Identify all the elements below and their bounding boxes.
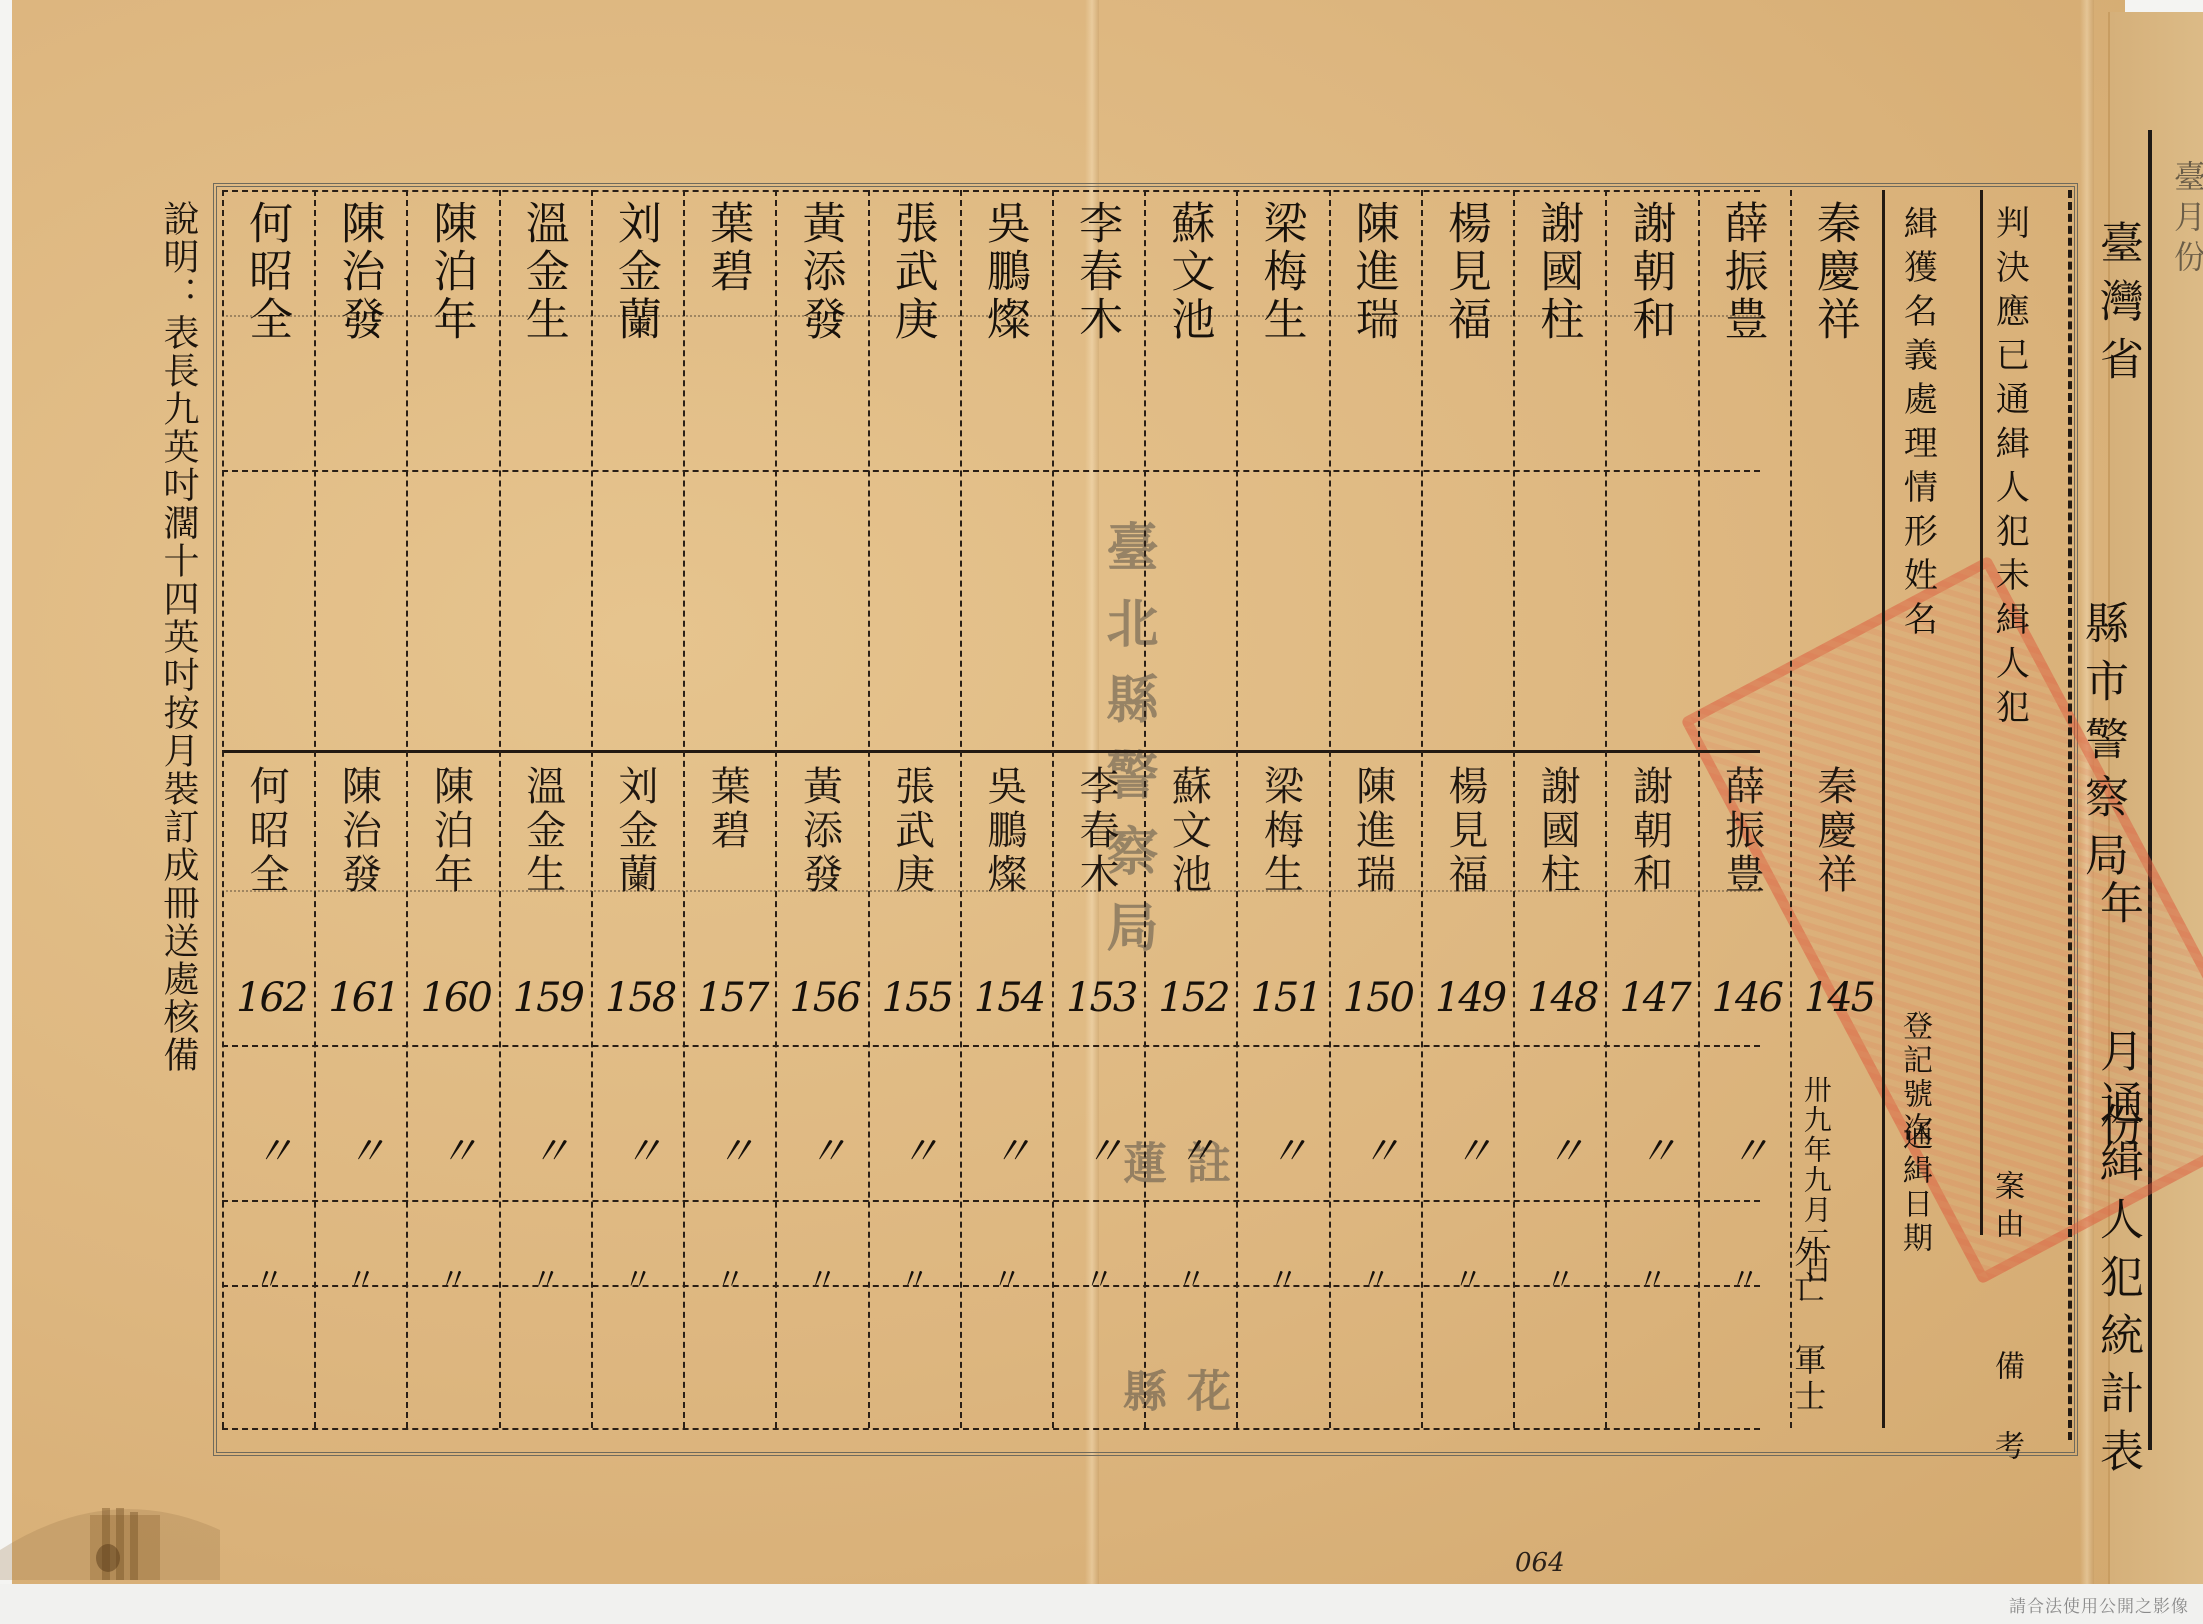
record-name: 陳進瑞 — [1351, 200, 1395, 344]
record-case-ditto: 〃 — [439, 1255, 469, 1299]
record-name-repeat: 吳鵬燦 — [984, 765, 1024, 897]
record-date-ditto: 〃 — [1084, 1120, 1124, 1177]
record-case-ditto: 〃 — [1084, 1255, 1114, 1299]
record-reg-no: 161 — [328, 975, 398, 1021]
record-name-repeat: 陳治發 — [338, 765, 378, 897]
record-column-divider — [683, 190, 685, 1428]
record-column-divider — [1052, 190, 1054, 1428]
table-rule — [222, 750, 1760, 753]
record-reg-no: 157 — [697, 975, 767, 1021]
record-name: 溫金生 — [521, 200, 565, 344]
table-rule — [222, 470, 1760, 472]
title-province: 臺灣省 — [2095, 220, 2139, 394]
record-column-divider — [1236, 190, 1238, 1428]
record-name-repeat: 張武庚 — [892, 765, 932, 897]
record-case-ditto: 〃 — [992, 1255, 1022, 1299]
record-case-ditto: 〃 — [1269, 1255, 1299, 1299]
header-label-remarks: 備考 — [1990, 1350, 2023, 1510]
record-name: 何昭全 — [244, 200, 288, 344]
record-date-ditto: 〃 — [900, 1120, 940, 1177]
record-reg-no: 156 — [789, 975, 859, 1021]
record-date-ditto: 〃 — [1453, 1120, 1493, 1177]
record-name: 陳治發 — [336, 200, 380, 344]
record-date-ditto: 〃 — [1545, 1120, 1585, 1177]
record-date-ditto: 〃 — [531, 1120, 571, 1177]
record-column-divider — [1605, 190, 1607, 1428]
record-column-divider — [1329, 190, 1331, 1428]
record-reg-no: 145 — [1804, 975, 1874, 1021]
record-date-ditto: 〃 — [1361, 1120, 1401, 1177]
record-name-repeat: 李春木 — [1076, 765, 1116, 897]
record-column-divider — [1421, 190, 1423, 1428]
record-name-repeat: 楊見福 — [1445, 765, 1485, 897]
footer-bar — [0, 1584, 2203, 1624]
record-case-ditto: 〃 — [1730, 1255, 1760, 1299]
record-column-divider — [1698, 190, 1700, 1428]
record-name-repeat: 刘金蘭 — [615, 765, 655, 897]
record-name-repeat: 梁梅生 — [1261, 765, 1301, 897]
record-name: 梁梅生 — [1259, 200, 1303, 344]
record-case-ditto: 〃 — [346, 1255, 376, 1299]
table-rule — [222, 1428, 1760, 1430]
record-reg-no: 150 — [1343, 975, 1413, 1021]
record-date-ditto: 〃 — [1637, 1120, 1677, 1177]
usage-notice: 請合法使用公開之影像 — [2009, 1592, 2189, 1617]
record-date-ditto: 〃 — [992, 1120, 1032, 1177]
adjacent-page-text: 臺月份 — [2165, 160, 2203, 280]
record-case-ditto: 〃 — [900, 1255, 930, 1299]
header-label-category: 判決應已通緝人犯未緝人犯 — [1990, 205, 2027, 733]
record-case-ditto: 〃 — [1545, 1255, 1575, 1299]
record-column-divider — [1144, 190, 1146, 1428]
record-date-ditto: 〃 — [1269, 1120, 1309, 1177]
header-label-date: 通緝日期 — [1898, 1120, 1931, 1256]
record-reg-no: 146 — [1712, 975, 1782, 1021]
record-column-divider — [960, 190, 962, 1428]
record-column-divider — [868, 190, 870, 1428]
record-case-ditto: 〃 — [1176, 1255, 1206, 1299]
record-case-ditto: 〃 — [623, 1255, 653, 1299]
first-entry-case: 外亡 軍士 — [1790, 1235, 1825, 1415]
record-name-repeat: 溫金生 — [523, 765, 563, 897]
footnote: 說明：表長九英吋濶十四英吋按月裝訂成冊送處核備 — [160, 200, 196, 1074]
record-name: 楊見福 — [1443, 200, 1487, 344]
table-rule — [222, 1045, 1760, 1047]
record-date-ditto: 〃 — [1176, 1120, 1216, 1177]
record-name-repeat: 何昭全 — [246, 765, 286, 897]
record-name-repeat: 陳泊年 — [431, 765, 471, 897]
title-agency: 縣市警察局 — [2080, 600, 2124, 890]
record-name: 黃添發 — [797, 200, 841, 344]
record-case-ditto: 〃 — [254, 1255, 284, 1299]
record-case-ditto: 〃 — [1453, 1255, 1483, 1299]
header-divider — [1980, 190, 1983, 1235]
record-name: 謝國柱 — [1535, 200, 1579, 344]
page-number: 064 — [1515, 1548, 1565, 1578]
record-reg-no: 162 — [236, 975, 306, 1021]
record-name: 謝朝和 — [1627, 200, 1671, 344]
record-reg-no: 153 — [1066, 975, 1136, 1021]
header-divider — [2068, 190, 2072, 1440]
record-date-ditto: 〃 — [1730, 1120, 1770, 1177]
record-name-repeat: 蘇文池 — [1168, 765, 1208, 897]
record-column-divider — [499, 190, 501, 1428]
record-date-ditto: 〃 — [623, 1120, 663, 1177]
header-label-status: 緝獲名義處理情形姓名 — [1898, 205, 1935, 645]
header-label-case: 案由 — [1990, 1170, 2023, 1246]
table-rule — [222, 190, 1760, 192]
record-date-ditto: 〃 — [254, 1120, 294, 1177]
record-case-ditto: 〃 — [1637, 1255, 1667, 1299]
header-divider — [1882, 190, 1885, 1428]
record-date-ditto: 〃 — [807, 1120, 847, 1177]
record-name-repeat: 謝朝和 — [1629, 765, 1669, 897]
record-column-divider — [406, 190, 408, 1428]
record-name-repeat: 黃添發 — [799, 765, 839, 897]
title-subject: 通緝人犯統計表 — [2095, 1080, 2139, 1486]
record-column-divider — [1513, 190, 1515, 1428]
record-name: 秦慶祥 — [1812, 200, 1856, 344]
record-reg-no: 148 — [1527, 975, 1597, 1021]
record-reg-no: 159 — [513, 975, 583, 1021]
record-column-divider — [775, 190, 777, 1428]
record-case-ditto: 〃 — [715, 1255, 745, 1299]
record-name-repeat: 陳進瑞 — [1353, 765, 1393, 897]
record-name: 張武庚 — [890, 200, 934, 344]
record-date-ditto: 〃 — [715, 1120, 755, 1177]
record-name: 薛振豊 — [1720, 200, 1764, 344]
record-name: 蘇文池 — [1166, 200, 1210, 344]
record-name: 陳泊年 — [429, 200, 473, 344]
record-reg-no: 147 — [1619, 975, 1689, 1021]
record-date-ditto: 〃 — [346, 1120, 386, 1177]
record-reg-no: 152 — [1158, 975, 1228, 1021]
record-name: 刘金蘭 — [613, 200, 657, 344]
record-column-divider — [314, 190, 316, 1428]
record-column-divider — [222, 190, 224, 1428]
archive-watermark-logo-icon — [0, 1420, 220, 1580]
record-name-repeat: 薛振豊 — [1722, 765, 1762, 897]
record-reg-no: 154 — [974, 975, 1044, 1021]
record-name-repeat: 葉碧 — [707, 765, 747, 853]
record-case-ditto: 〃 — [1361, 1255, 1391, 1299]
record-name: 李春木 — [1074, 200, 1118, 344]
record-reg-no: 151 — [1250, 975, 1320, 1021]
table-rule — [222, 1200, 1760, 1202]
record-case-ditto: 〃 — [531, 1255, 561, 1299]
record-name: 吳鵬燦 — [982, 200, 1026, 344]
record-name-repeat: 謝國柱 — [1537, 765, 1577, 897]
record-reg-no: 160 — [420, 975, 490, 1021]
record-case-ditto: 〃 — [807, 1255, 837, 1299]
record-name: 葉碧 — [705, 200, 749, 296]
record-reg-no: 158 — [605, 975, 675, 1021]
record-column-divider — [591, 190, 593, 1428]
record-reg-no: 149 — [1435, 975, 1505, 1021]
adjacent-page-frame — [2148, 130, 2203, 1450]
record-date-ditto: 〃 — [439, 1120, 479, 1177]
record-name-repeat: 秦慶祥 — [1814, 765, 1854, 897]
record-reg-no: 155 — [882, 975, 952, 1021]
